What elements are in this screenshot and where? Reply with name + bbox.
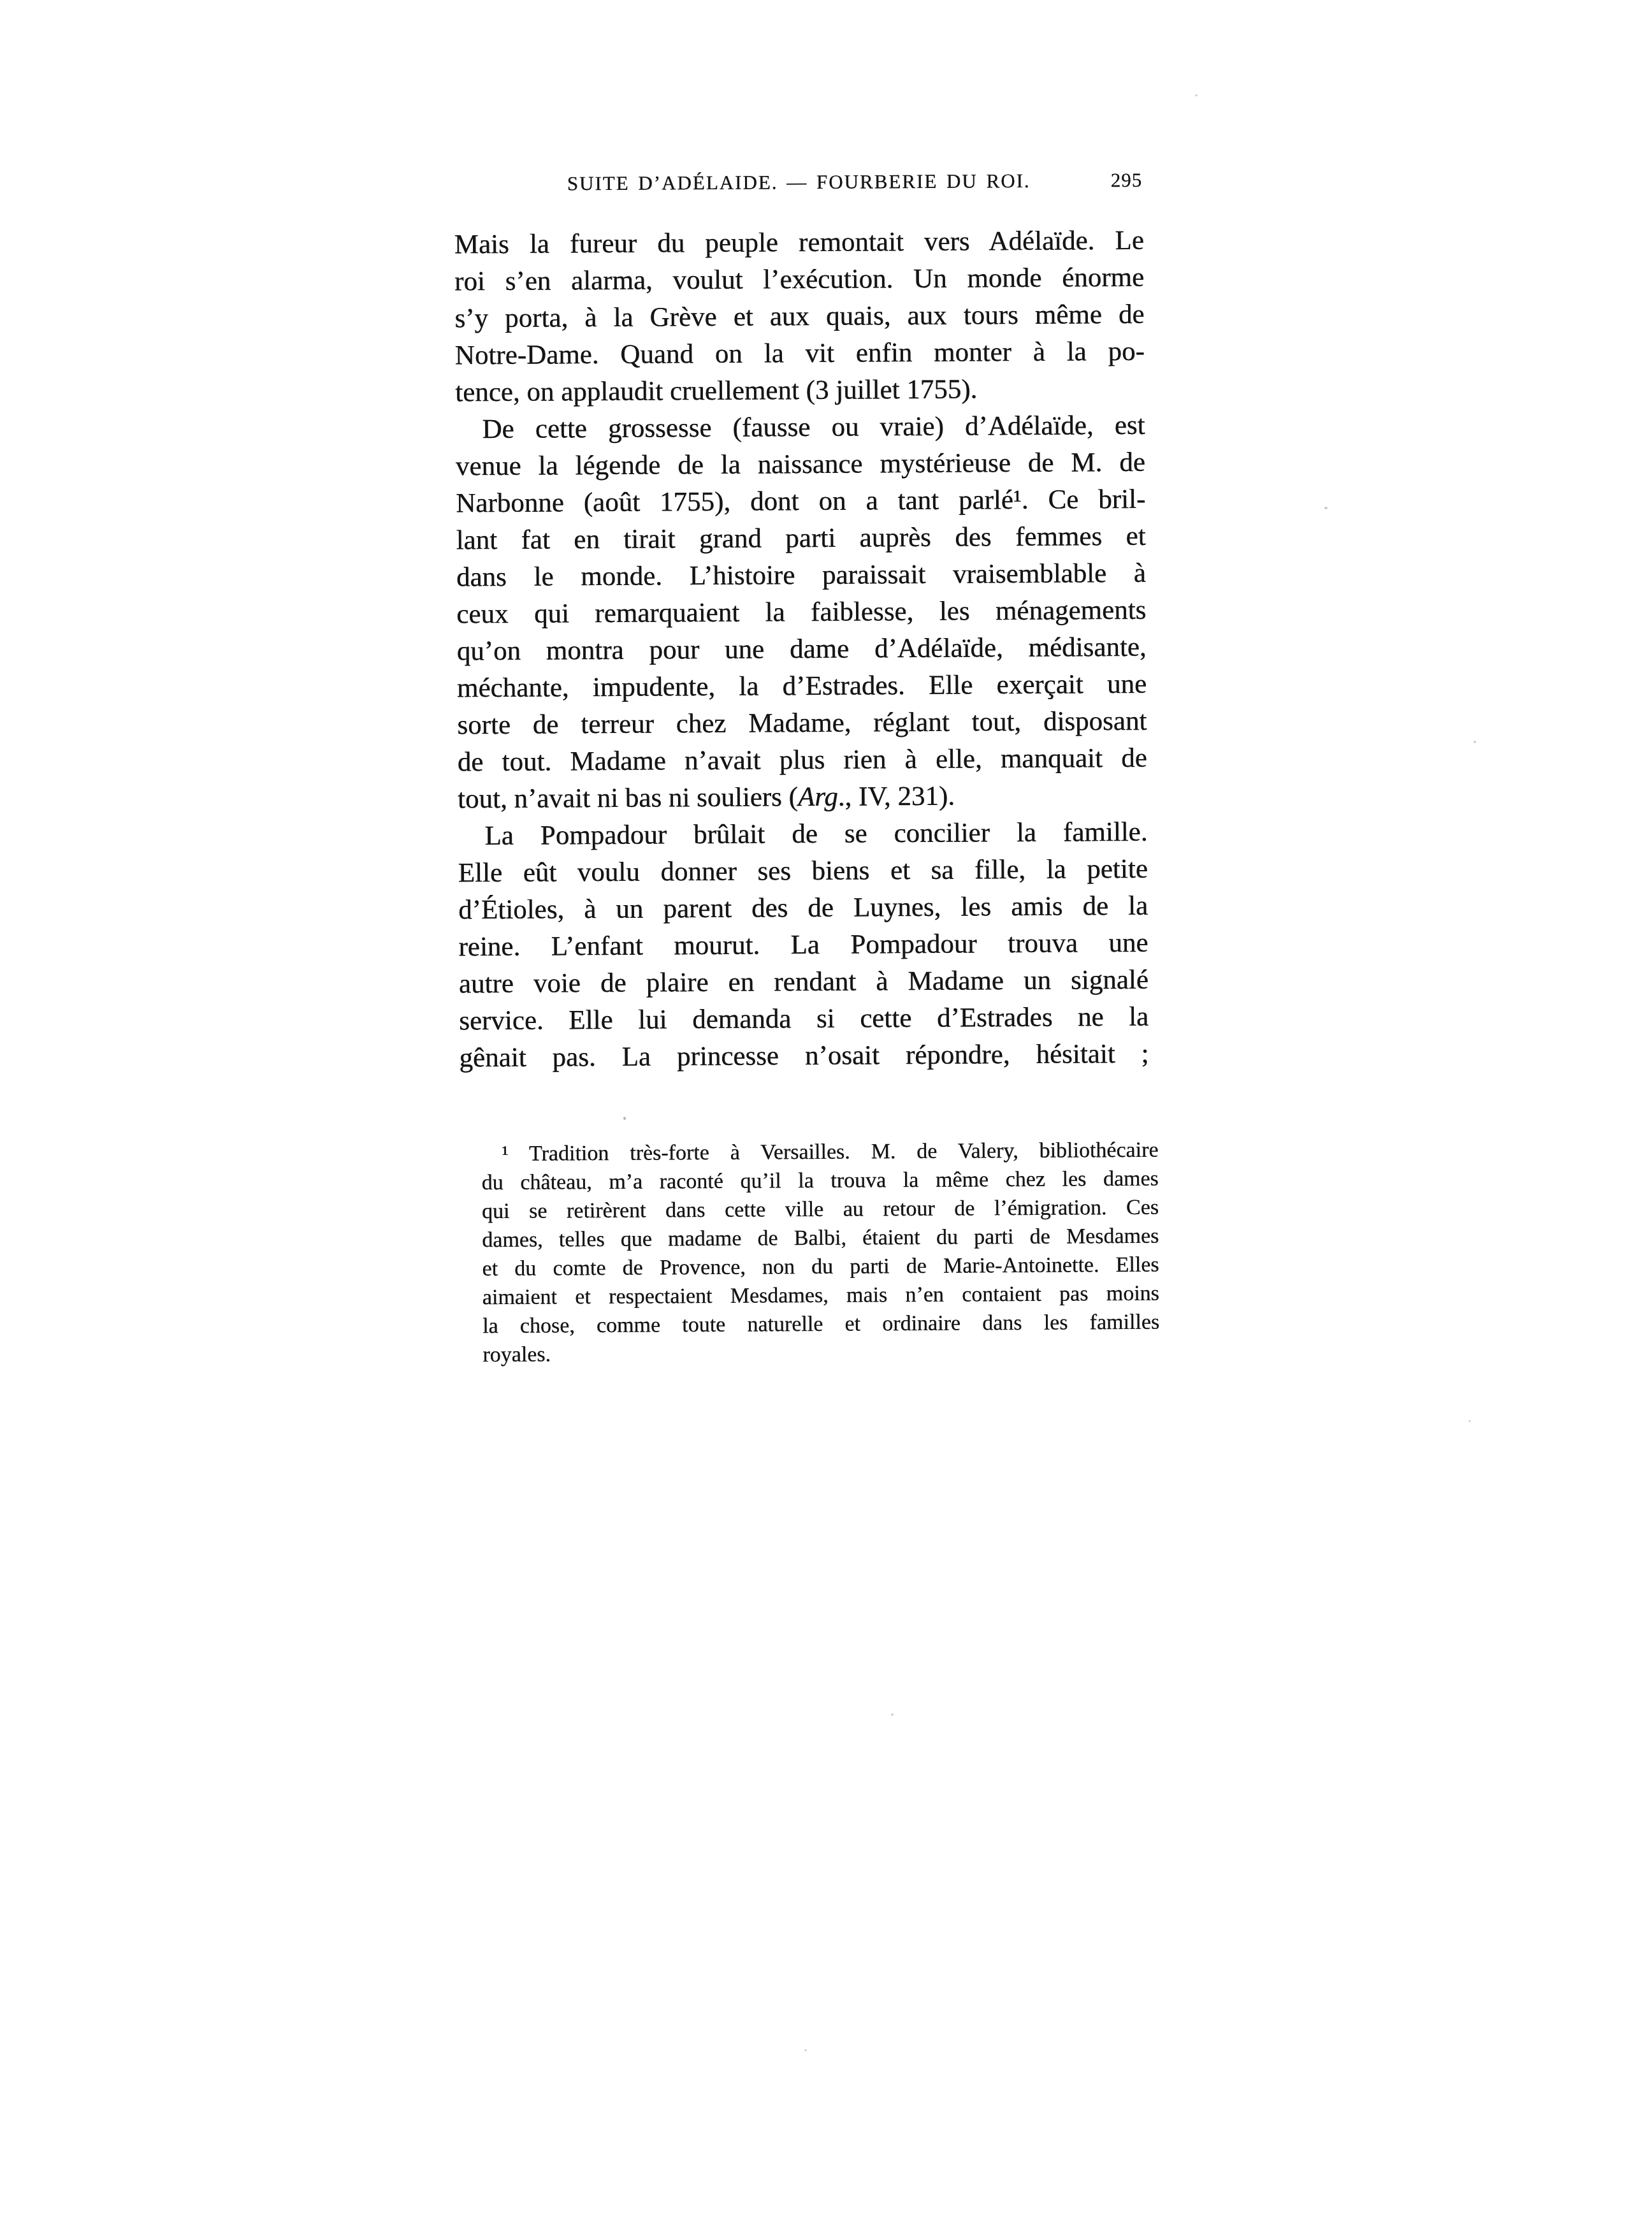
scan-speck [1468,1420,1471,1422]
scan-speck [891,1713,894,1716]
text-line: et du comte de Provence, non du parti de… [482,1251,1159,1283]
text-line: sorte de terreur chez Madame, réglant to… [457,703,1147,744]
page-number: 295 [1110,168,1142,193]
text-line: venue la légende de la naissance mystéri… [456,444,1145,486]
page-header: SUITE D’ADÉLAIDE. — FOURBERIE DU ROI. 29… [454,168,1143,198]
text-line: Mais la fureur du peuple remontait vers … [454,222,1144,264]
text-line: gênait pas. La princesse n’osait répondr… [459,1036,1148,1077]
paragraph: De cette grossesse (fausse ou vraie) d’A… [455,407,1147,818]
scan-speck [1324,507,1328,509]
text-line: autre voie de plaire en rendant à Madame… [459,962,1148,1003]
text-line: lant fat en tirait grand parti auprès de… [456,518,1145,560]
paragraph: La Pompadour brûlait de se concilier la … [458,814,1148,1077]
text-line: qui se retirèrent dans cette ville au re… [482,1193,1159,1226]
text-line: ceux qui remarquaient la faiblesse, les … [456,592,1146,634]
text-line: La Pompadour brûlait de se concilier la … [458,814,1147,855]
text-line: tout, n’avait ni bas ni souliers (Arg., … [458,777,1147,818]
text-line: ¹ Tradition très-forte à Versailles. M. … [481,1136,1158,1168]
scanned-page: SUITE D’ADÉLAIDE. — FOURBERIE DU ROI. 29… [0,0,1652,2236]
text-line: du château, m’a raconté qu’il la trouva … [482,1165,1159,1197]
text-line: royales. [482,1337,1159,1369]
text-line: d’Étioles, à un parent des de Luynes, le… [458,888,1148,929]
text-line: méchante, impudente, la d’Estrades. Elle… [457,666,1147,708]
text-line: aimaient et respectaient Mesdames, mais … [482,1279,1159,1312]
text-line: De cette grossesse (fausse ou vraie) d’A… [455,407,1145,449]
text-line: roi s’en alarma, voulut l’exécution. Un … [454,259,1144,301]
scan-speck [1195,94,1198,96]
text-line: qu’on montra pour une dame d’Adélaïde, m… [456,629,1146,671]
text-line: Elle eût voulu donner ses biens et sa fi… [458,851,1148,892]
text-column: SUITE D’ADÉLAIDE. — FOURBERIE DU ROI. 29… [454,168,1150,1370]
text-line: de tout. Madame n’avait plus rien à elle… [457,740,1147,781]
text-line: Notre-Dame. Quand on la vit enfin monter… [455,333,1145,375]
text-line: reine. L’enfant mourut. La Pompadour tro… [458,925,1148,966]
scan-speck [1474,741,1476,743]
running-title: SUITE D’ADÉLAIDE. — FOURBERIE DU ROI. [567,170,1031,194]
text-line: dames, telles que madame de Balbi, étaie… [482,1222,1159,1254]
scan-speck [623,1117,626,1120]
paragraph: Mais la fureur du peuple remontait vers … [454,222,1145,412]
text-line: Narbonne (août 1755), dont on a tant par… [456,481,1145,523]
body-text: Mais la fureur du peuple remontait vers … [454,222,1149,1077]
scan-speck [804,2049,807,2051]
text-line: tence, on applaudit cruellement (3 juill… [455,370,1145,412]
text-line: s’y porta, à la Grève et aux quais, aux … [454,296,1144,338]
text-line: la chose, comme toute naturelle et ordin… [482,1308,1159,1340]
text-line: dans le monde. L’histoire paraissait vra… [456,555,1146,597]
footnote: ¹ Tradition très-forte à Versailles. M. … [481,1136,1159,1369]
text-line: service. Elle lui demanda si cette d’Est… [459,999,1148,1040]
